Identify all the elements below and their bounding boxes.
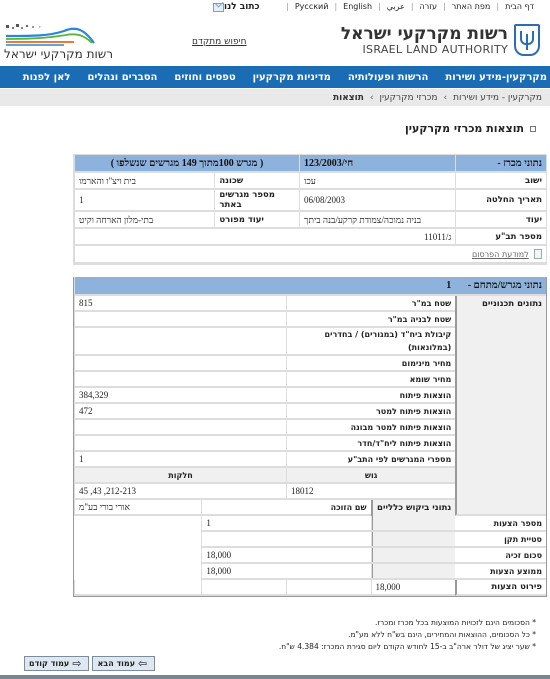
logo-caption: רשות מקרקעי ישראל [4, 47, 113, 61]
next-page-button[interactable]: ⇦ עמוד הבא [92, 656, 155, 671]
field-value [74, 328, 286, 356]
bid-value: 18,000 [371, 580, 456, 596]
advanced-search-link[interactable]: חיפוש מתקדם [192, 37, 247, 47]
main-nav: מקרקעין-מידע ושירות הרשות ופעולותיה מדינ… [0, 66, 550, 88]
write-us-label: כתוב לנו [224, 2, 260, 12]
gush-header: גוש [286, 468, 455, 484]
footnote: * שער יציג של דולר ארה"ב ב-15 לחודש הקוד… [279, 641, 536, 653]
field-label: שטח במ"ר [286, 296, 455, 312]
planning-data-group: נתונים תכנוניים [455, 296, 546, 516]
plot-summary: ( מגרש 100מתוך 149 מגרשים שנשלפו ) [74, 155, 299, 173]
previous-page-label: עמוד קודם [29, 659, 69, 668]
field-value: בתי-מלון הארחה וקיט [74, 212, 214, 229]
pager: ⇨ עמוד קודם ⇦ עמוד הבא [24, 656, 155, 671]
write-us-link[interactable]: כתוב לנו [210, 2, 260, 12]
field-value [74, 420, 286, 436]
field-label: הוצאות פיתוח למטר [286, 404, 455, 420]
field-value: 1 [201, 516, 370, 532]
bid-value [74, 580, 201, 596]
bids-label: פירוט הצעות [455, 580, 546, 596]
breadcrumb: מקרקעין - מידע ושירות › מכרזי מקרקעין › … [0, 89, 550, 106]
field-value [74, 436, 286, 452]
document-icon [534, 249, 542, 259]
field-label: קיבולת ביח"ד (במגורים) / בחדרים (במלונאו… [286, 328, 455, 356]
bid-value [286, 580, 371, 596]
field-label: מספר הצעות [371, 516, 546, 532]
field-value: 1 [74, 190, 214, 212]
breadcrumb-item[interactable]: מקרקעין - מידע ושירות [453, 93, 542, 103]
field-value [201, 532, 370, 548]
ila-logo-text: רשות מקרקעי ישראל ISRAEL LAND AUTHORITY [341, 25, 508, 56]
field-value: 815 [74, 296, 286, 312]
footer-bar [0, 675, 550, 679]
footnote: * כל הסכומים, ההוצאות והמחירים, הינם בש"… [279, 629, 536, 641]
arrow-right-icon: ⇨ [72, 657, 81, 670]
link-help[interactable]: עזרה [414, 2, 444, 11]
field-value: אורי בורי בע"מ [74, 500, 201, 516]
field-label: מחיר מינימום [286, 356, 455, 372]
nav-contact[interactable]: לאן לפנות [14, 72, 79, 83]
field-label: סטיית תקן [371, 532, 546, 548]
link-home[interactable]: דף הבית [499, 2, 540, 11]
table-row: ממוצע הצעות 18,000 [74, 564, 546, 580]
org-name-english: ISRAEL LAND AUTHORITY [341, 43, 508, 56]
next-page-label: עמוד הבא [97, 659, 135, 668]
wave-logo-icon [4, 23, 96, 47]
link-sitemap[interactable]: מפת האתר [446, 2, 497, 11]
gush-value: 18012 [286, 484, 455, 500]
field-value [74, 356, 286, 372]
link-arabic[interactable]: عربي [381, 2, 411, 11]
table-row: למודעת הפרסום [74, 246, 546, 264]
field-value: 18,000 [201, 564, 370, 580]
menorah-emblem-icon [514, 24, 540, 56]
nav-real-estate-info[interactable]: מקרקעין-מידע ושירות [436, 72, 550, 83]
nav-authority[interactable]: הרשות ופעולותיה [339, 72, 436, 83]
field-value [74, 372, 286, 388]
breadcrumb-separator-icon: › [370, 93, 374, 103]
org-name-hebrew: רשות מקרקעי ישראל [341, 25, 508, 43]
divider: | [496, 2, 499, 11]
previous-page-button[interactable]: ⇨ עמוד קודם [24, 656, 89, 671]
nav-explanations[interactable]: הסברים ונהלים [78, 72, 165, 83]
breadcrumb-item[interactable]: מכרזי מקרקעין [380, 93, 438, 103]
field-label: מחיר שומא [286, 372, 455, 388]
field-value: בית ויצ"ו והארמו [74, 173, 214, 190]
arrow-left-icon: ⇦ [138, 657, 147, 670]
field-label: שכונה [214, 173, 299, 190]
field-label: מספר מגרשים באתר [214, 190, 299, 212]
page-title-text: תוצאות מכרזי מקרקעין [405, 122, 524, 135]
breadcrumb-separator-icon: › [444, 93, 448, 103]
footnotes: * הסכומים הינם לזכויות המוצעות בכל מכרז … [279, 617, 536, 653]
plot-details-table: נתוני מגרש/מתחם - 1 נתונים תכנוניים שטח … [73, 277, 547, 597]
helkot-value: 212-213, 43, 45 [74, 484, 286, 500]
field-value: ג/11011 [74, 229, 455, 246]
table-row: סכום זכיה 18,000 [74, 548, 546, 564]
tender-number: חי/123/2003 [299, 155, 455, 173]
field-label: ישוב [455, 173, 546, 190]
field-value: בניה נמוכה/צמודת קרקע/בנה ביתך [299, 212, 455, 229]
field-label: יעוד מפורט [214, 212, 299, 229]
utility-links: דף הבית | מפת האתר | עזרה | عربي | Engli… [286, 2, 540, 11]
field-label: שטח לבניה במ"ר [286, 312, 455, 328]
divider: | [378, 2, 381, 11]
divider: | [334, 2, 337, 11]
field-label: שם הזוכה [201, 500, 370, 516]
table-row: ישוב עכו שכונה בית ויצ"ו והארמו [74, 173, 546, 190]
table-row: יעוד בניה נמוכה/צמודת קרקע/בנה ביתך יעוד… [74, 212, 546, 229]
table-row: מספר הצעות 1 [74, 516, 546, 532]
land-authority-wave-logo[interactable]: רשות מקרקעי ישראל [4, 23, 96, 61]
utility-bar: דף הבית | מפת האתר | עזרה | عربي | Engli… [0, 0, 550, 14]
field-value: 18,000 [201, 548, 370, 564]
field-label: הוצאות פיתוח [286, 388, 455, 404]
field-value: עכו [299, 173, 455, 190]
bid-value [201, 580, 286, 596]
field-label: מספרי המגרשים לפי התב"ע [286, 452, 455, 468]
divider: | [443, 2, 446, 11]
plot-number: 1 [74, 277, 455, 296]
tender-header-label: נתוני מכרז - [455, 155, 546, 173]
helkot-header: חלקות [74, 468, 286, 484]
tender-header-row: נתוני מכרז - חי/123/2003 ( מגרש 100מתוך … [74, 155, 546, 173]
table-row: תאריך החלטה 06/08/2003 מספר מגרשים באתר … [74, 190, 546, 212]
field-label: הוצאות פיתוח למטר מבונה [286, 420, 455, 436]
field-label: ממוצע הצעות [371, 564, 546, 580]
mail-icon [213, 3, 224, 12]
field-value [74, 312, 286, 328]
page-title: תוצאות מכרזי מקרקעין [405, 122, 536, 135]
link-english[interactable]: English [337, 2, 378, 11]
square-bullet-icon [530, 126, 536, 132]
plot-header-label: נתוני מגרש/מתחם - [455, 277, 546, 296]
field-label: תאריך החלטה [455, 190, 546, 212]
breadcrumb-current: תוצאות [333, 93, 364, 103]
field-value: 384,329 [74, 388, 286, 404]
field-label: הוצאות פיתוח ליח"ד/חדר [286, 436, 455, 452]
field-value: 06/08/2003 [299, 190, 455, 212]
plot-header-row: נתוני מגרש/מתחם - 1 [74, 277, 546, 296]
ila-logo[interactable]: רשות מקרקעי ישראל ISRAEL LAND AUTHORITY [341, 24, 540, 56]
field-label: סכום זכיה [371, 548, 546, 564]
field-label: יעוד [455, 212, 546, 229]
publication-notice-link[interactable]: למודעת הפרסום [472, 250, 529, 259]
divider: | [286, 2, 289, 11]
field-label: מספר תב"ע [455, 229, 546, 246]
table-row: סטיית תקן [74, 532, 546, 548]
table-row: נתונים תכנוניים שטח במ"ר 815 [74, 296, 546, 312]
publication-cell: למודעת הפרסום [74, 246, 546, 264]
field-value: 1 [74, 452, 286, 468]
field-value: 472 [74, 404, 286, 420]
nav-forms[interactable]: טפסים וחוזים [165, 72, 243, 83]
tender-details-table: נתוני מכרז - חי/123/2003 ( מגרש 100מתוך … [73, 154, 547, 265]
link-russian[interactable]: Русский [289, 2, 335, 11]
divider: | [411, 2, 414, 11]
nav-policy[interactable]: מדיניות מקרקעין [244, 72, 339, 83]
footnote: * הסכומים הינם לזכויות המוצעות בכל מכרז … [279, 617, 536, 629]
bids-row: פירוט הצעות 18,000 [74, 580, 546, 596]
table-row: מספר תב"ע ג/11011 [74, 229, 546, 246]
